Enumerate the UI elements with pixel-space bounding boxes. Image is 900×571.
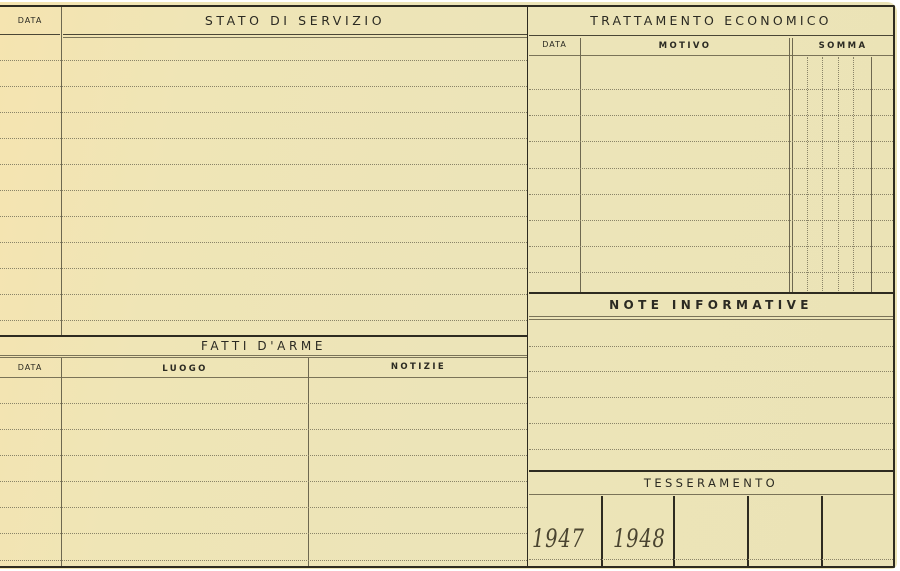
fatti-top-rule [0,335,527,337]
note-header-rule [529,316,893,317]
right-border [893,6,895,567]
fatti-luogo-divider [308,358,309,566]
fatti-row-line[interactable] [0,429,527,430]
trattamento-row-line[interactable] [529,272,893,273]
somma-digit-divider [838,57,839,293]
stato-row-line[interactable] [0,112,527,113]
fatti-colheader-rule [0,377,527,378]
trattamento-row-line[interactable] [529,89,893,90]
stato-header-rule-right [63,34,527,35]
fatti-row-line[interactable] [0,481,527,482]
trattamento-row-line[interactable] [529,194,893,195]
fatti-data-divider [61,358,62,566]
tesseramento-year-5[interactable] [824,498,892,558]
trattamento-row-line[interactable] [529,220,893,221]
main-vertical-divider [527,6,528,567]
bottom-border [0,566,895,568]
note-row-line[interactable] [529,371,893,372]
tesseramento-divider [821,496,823,566]
fatti-row-line[interactable] [0,507,527,508]
trattamento-somma-divider [792,38,793,294]
note-top-rule [529,292,893,294]
stato-row-line[interactable] [0,216,527,217]
top-border [0,5,895,7]
stato-header-rule-left [0,34,60,35]
stato-row-line[interactable] [0,60,527,61]
tesseramento-year-3[interactable] [676,498,746,558]
trattamento-data-divider [580,38,581,294]
stato-header-rule-inner [63,37,527,38]
tesseramento-divider [747,496,749,566]
stato-row-line[interactable] [0,268,527,269]
trattamento-row-line[interactable] [529,141,893,142]
stato-col-divider [61,7,62,337]
stato-row-line[interactable] [0,320,527,321]
note-row-line[interactable] [529,346,893,347]
stato-col-data-header: DATA [0,16,60,25]
fatti-row-line[interactable] [0,533,527,534]
somma-digit-divider [822,57,823,293]
trattamento-header-rule [529,35,893,36]
tesseramento-divider [601,496,603,566]
tesseramento-title: TESSERAMENTO [529,476,893,490]
fatti-col-notizie-header: NOTIZIE [310,362,527,372]
tesseramento-divider [673,496,675,566]
trattamento-col-data-header: DATA [529,40,580,49]
fatti-row-line[interactable] [0,403,527,404]
trattamento-colheader-rule [529,55,893,56]
tesseramento-top-rule [529,470,893,472]
tesseramento-year-2[interactable]: 1948 [613,524,666,553]
note-row-line[interactable] [529,423,893,424]
stato-row-line[interactable] [0,164,527,165]
tesseramento-baseline [529,559,893,560]
trattamento-row-line[interactable] [529,168,893,169]
fatti-d-arme-title: FATTI D'ARME [0,339,527,353]
trattamento-motivo-divider [789,38,790,294]
tesseramento-year-1[interactable]: 1947 [532,524,585,553]
trattamento-col-motivo-header: MOTIVO [582,41,788,51]
note-row-line[interactable] [529,449,893,450]
fatti-row-line[interactable] [0,560,527,561]
stato-row-line[interactable] [0,86,527,87]
note-informative-title: NOTE INFORMATIVE [529,298,893,312]
stato-row-line[interactable] [0,138,527,139]
stato-row-line[interactable] [0,294,527,295]
somma-digit-divider [807,57,808,293]
trattamento-col-somma-header: SOMMA [793,41,893,51]
fatti-header-rule [0,355,527,356]
fatti-row-line[interactable] [0,455,527,456]
stato-row-line[interactable] [0,190,527,191]
somma-decimal-divider [871,57,872,293]
note-row-line[interactable] [529,397,893,398]
fatti-col-data-header: DATA [0,363,60,372]
trattamento-row-line[interactable] [529,115,893,116]
military-record-card: DATA STATO DI SERVIZIO TRATTAMENTO ECONO… [0,2,897,569]
fatti-header-rule-inner [0,357,527,358]
tesseramento-header-rule [529,494,893,495]
tesseramento-year-4[interactable] [750,498,820,558]
stato-row-line[interactable] [0,242,527,243]
trattamento-economico-title: TRATTAMENTO ECONOMICO [529,13,893,28]
note-header-rule-inner [529,319,893,320]
fatti-col-luogo-header: LUOGO [62,364,308,374]
somma-digit-divider [853,57,854,293]
trattamento-row-line[interactable] [529,246,893,247]
stato-di-servizio-title: STATO DI SERVIZIO [62,13,528,28]
